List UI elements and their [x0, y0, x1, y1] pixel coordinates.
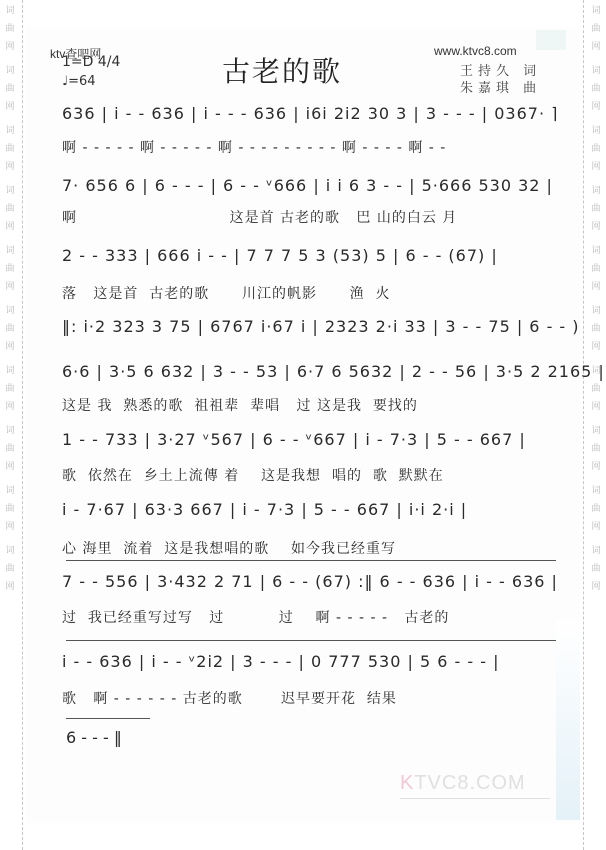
margin-label-char: 网 [591, 578, 600, 596]
margin-label-char: 词 [591, 2, 600, 20]
watermark-k: K [400, 772, 414, 794]
margin-label-char: 词 [5, 2, 14, 20]
margin-label-char: 词 [591, 482, 600, 500]
margin-label-char: 网 [5, 338, 14, 356]
margin-label-char: 曲 [5, 140, 14, 158]
margin-label-char: 网 [591, 98, 600, 116]
watermark-logo: KTVC8.COM [400, 772, 526, 795]
margin-label-char: 词 [591, 182, 600, 200]
margin-label-char: 词 [5, 422, 14, 440]
margin-label-char: 词 [5, 362, 14, 380]
time-signature: 4/4 [98, 54, 121, 70]
score-line-1-notes: 636 | i - - 636 | i - - - 636 | i6i 2i2 … [62, 104, 558, 123]
margin-label-char: 网 [5, 158, 14, 176]
margin-label-char: 网 [591, 458, 600, 476]
margin-label-group: 词曲网 [591, 242, 600, 296]
margin-label-char: 曲 [5, 380, 14, 398]
right-margin-watermark-strip: 词曲网词曲网词曲网词曲网词曲网词曲网词曲网词曲网词曲网词曲网 [586, 0, 606, 850]
margin-label-char: 词 [591, 302, 600, 320]
score-line-9-lyrics: 歌 啊 - - - - - - 古老的歌 迟早要开花 结果 [62, 688, 397, 708]
margin-label-group: 词曲网 [5, 242, 14, 296]
margin-label-group: 词曲网 [5, 62, 14, 116]
margin-label-char: 网 [591, 338, 600, 356]
margin-label-char: 曲 [5, 500, 14, 518]
score-line-3-notes: 2 - - 333 | 666 i - - | 7 7 7 5 3 (53) 5… [62, 246, 498, 265]
margin-label-char: 网 [591, 278, 600, 296]
margin-label-char: 词 [5, 122, 14, 140]
margin-label-char: 曲 [5, 80, 14, 98]
margin-label-group: 词曲网 [5, 362, 14, 416]
margin-label-char: 曲 [5, 320, 14, 338]
margin-label-char: 曲 [5, 200, 14, 218]
margin-label-group: 词曲网 [5, 482, 14, 536]
margin-label-char: 曲 [591, 380, 600, 398]
margin-label-char: 网 [5, 458, 14, 476]
tempo-marking: ♩=64 [62, 74, 96, 89]
score-line-2-lyrics: 啊 这是首 古老的歌 巴 山的白云 月 [62, 207, 457, 227]
margin-label-char: 网 [591, 158, 600, 176]
margin-label-group: 词曲网 [591, 122, 600, 176]
scan-tint [556, 620, 580, 820]
margin-label-group: 词曲网 [5, 182, 14, 236]
margin-label-group: 词曲网 [591, 302, 600, 356]
margin-label-char: 网 [591, 518, 600, 536]
margin-label-char: 词 [591, 122, 600, 140]
margin-label-group: 词曲网 [591, 182, 600, 236]
margin-label-char: 网 [5, 38, 14, 56]
margin-label-char: 曲 [591, 200, 600, 218]
margin-label-group: 词曲网 [591, 422, 600, 476]
right-cut-line [583, 0, 584, 850]
margin-label-char: 词 [591, 62, 600, 80]
watermark-underline [400, 798, 550, 799]
watermark-text: TVC8.COM [414, 772, 525, 794]
margin-label-char: 曲 [591, 80, 600, 98]
margin-label-char: 曲 [591, 320, 600, 338]
song-title: 古老的歌 [222, 50, 342, 90]
margin-label-char: 曲 [591, 260, 600, 278]
margin-label-char: 网 [591, 38, 600, 56]
score-line-4-notes: ‖: i·2 323 3 75 | 6767 i·67 i | 2323 2·i… [62, 317, 580, 336]
score-line-8-lyrics: 过 我已经重写过写 过 过 啊 - - - - - 古老的 [62, 607, 449, 627]
score-line-3-lyrics: 落 这是首 古老的歌 川江的帆影 渔 火 [62, 283, 391, 303]
margin-label-char: 网 [5, 518, 14, 536]
scan-tint-top [536, 30, 566, 50]
margin-label-char: 词 [5, 182, 14, 200]
margin-label-char: 曲 [5, 440, 14, 458]
score-line-8-notes: 7 - - 556 | 3·432 2 71 | 6 - - (67) :‖ 6… [62, 572, 558, 591]
margin-label-char: 词 [5, 542, 14, 560]
composer-credit: 朱嘉琪 曲 [460, 77, 541, 96]
margin-label-char: 词 [591, 242, 600, 260]
key-label: 1=D [62, 54, 93, 70]
margin-label-group: 词曲网 [5, 122, 14, 176]
margin-label-char: 网 [5, 578, 14, 596]
margin-label-char: 词 [5, 62, 14, 80]
left-cut-line [22, 0, 23, 850]
margin-label-char: 曲 [591, 20, 600, 38]
margin-label-char: 曲 [591, 140, 600, 158]
margin-label-char: 曲 [5, 20, 14, 38]
margin-label-char: 网 [5, 278, 14, 296]
score-line-7-notes: i - 7·67 | 63·3 667 | i - 7·3 | 5 - - 66… [62, 500, 467, 519]
volta-bracket-line [66, 560, 556, 561]
margin-label-char: 网 [591, 398, 600, 416]
key-signature: 1=D 4/4 [62, 54, 120, 70]
score-line-6-notes: 1 - - 733 | 3·27 ᵛ567 | 6 - - ᵛ667 | i -… [62, 430, 526, 449]
left-margin-watermark-strip: 词曲网词曲网词曲网词曲网词曲网词曲网词曲网词曲网词曲网词曲网 [0, 0, 20, 850]
margin-label-char: 词 [591, 422, 600, 440]
score-line-6-lyrics: 歌 依然在 乡土上流傳 着 这是我想 唱的 歌 默默在 [62, 465, 444, 485]
margin-label-char: 网 [5, 98, 14, 116]
margin-label-group: 词曲网 [5, 542, 14, 596]
margin-label-char: 曲 [591, 500, 600, 518]
score-line-1-lyrics: 啊 - - - - - 啊 - - - - - 啊 - - - - - - - … [62, 137, 446, 157]
phrase-line [66, 640, 556, 641]
margin-label-group: 词曲网 [591, 62, 600, 116]
margin-label-char: 网 [5, 218, 14, 236]
margin-label-group: 词曲网 [591, 2, 600, 56]
margin-label-char: 曲 [591, 440, 600, 458]
score-line-7-lyrics: 心 海里 流着 这是我想唱的歌 如今我已经重写 [62, 538, 396, 558]
margin-label-group: 词曲网 [5, 422, 14, 476]
score-line-5-notes: 6·6 | 3·5 6 632 | 3 - - 53 | 6·7 6 5632 … [62, 362, 605, 381]
margin-label-group: 词曲网 [591, 482, 600, 536]
margin-label-group: 词曲网 [591, 542, 600, 596]
margin-label-char: 曲 [5, 260, 14, 278]
margin-label-char: 网 [5, 398, 14, 416]
margin-label-char: 曲 [5, 560, 14, 578]
margin-label-char: 网 [591, 218, 600, 236]
final-tie-line [66, 718, 150, 719]
margin-label-char: 词 [5, 482, 14, 500]
margin-label-char: 词 [5, 242, 14, 260]
score-line-5-lyrics: 这是 我 熟悉的歌 祖祖辈 辈唱 过 这是我 要找的 [62, 395, 418, 415]
score-line-9-notes: i - - 636 | i - - ᵛ2i2 | 3 - - - | 0 777… [62, 652, 499, 671]
margin-label-char: 词 [5, 302, 14, 320]
score-line-2-notes: 7· 656 6 | 6 - - - | 6 - - ᵛ666 | i i 6 … [62, 176, 553, 195]
margin-label-char: 曲 [591, 560, 600, 578]
final-note: 6 - - - ‖ [66, 728, 122, 747]
margin-label-group: 词曲网 [5, 2, 14, 56]
margin-label-group: 词曲网 [5, 302, 14, 356]
site-url: www.ktvc8.com [434, 44, 517, 58]
margin-label-char: 词 [591, 542, 600, 560]
